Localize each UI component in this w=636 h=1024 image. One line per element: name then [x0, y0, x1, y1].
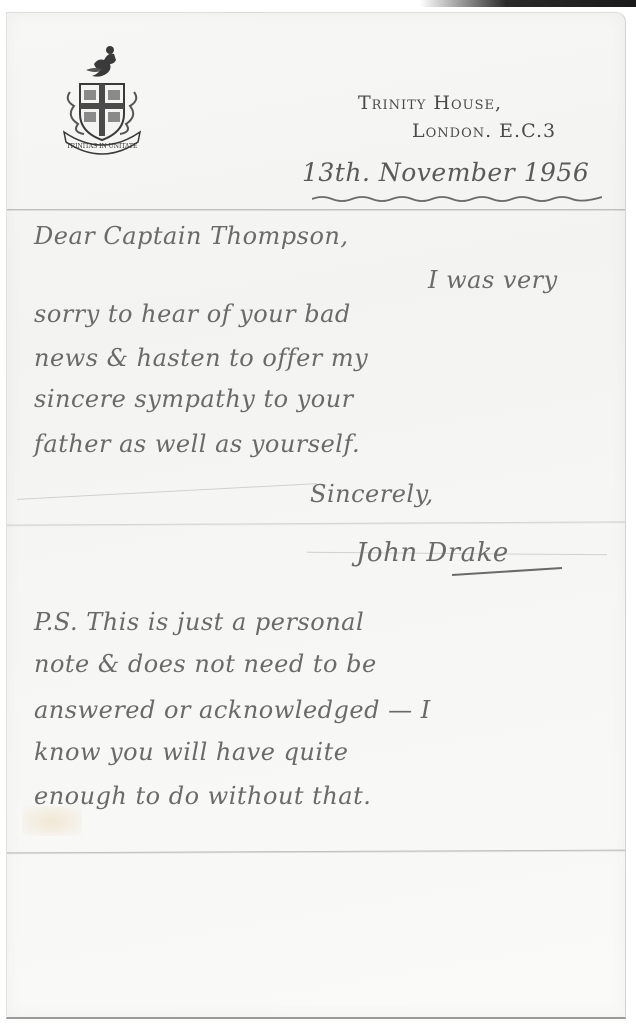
- body-line: news & hasten to offer my: [34, 344, 368, 372]
- paper-stain: [22, 806, 82, 836]
- coat-of-arms-icon: TRINITAS IN UNITATE: [62, 40, 142, 158]
- letterhead-name: Trinity House,: [358, 92, 502, 114]
- motto-text: TRINITAS IN UNITATE: [67, 143, 138, 150]
- body-line: sincere sympathy to your: [34, 385, 354, 413]
- fold-line: [7, 209, 625, 211]
- paper-crease: [17, 483, 317, 500]
- closing: Sincerely,: [310, 480, 434, 508]
- fold-line: [7, 850, 625, 855]
- letterhead-address: London. E.C.3: [412, 120, 556, 142]
- date-underline: [312, 194, 602, 202]
- letter-date: 13th. November 1956: [302, 158, 589, 187]
- signature-underline: [452, 566, 562, 576]
- postscript-line: know you will have quite: [34, 738, 348, 766]
- postscript-line: note & does not need to be: [34, 650, 377, 678]
- postscript-line: answered or acknowledged — I: [34, 696, 431, 724]
- salutation: Dear Captain Thompson,: [34, 222, 349, 250]
- body-line: I was very: [428, 266, 558, 294]
- scan-edge-shadow: [420, 0, 636, 7]
- fold-line: [7, 521, 625, 526]
- postscript-line: enough to do without that.: [34, 782, 371, 810]
- body-line: father as well as yourself.: [34, 430, 360, 458]
- signature: John Drake: [356, 538, 509, 568]
- postscript-line: P.S. This is just a personal: [34, 608, 364, 636]
- body-line: sorry to hear of your bad: [34, 300, 351, 328]
